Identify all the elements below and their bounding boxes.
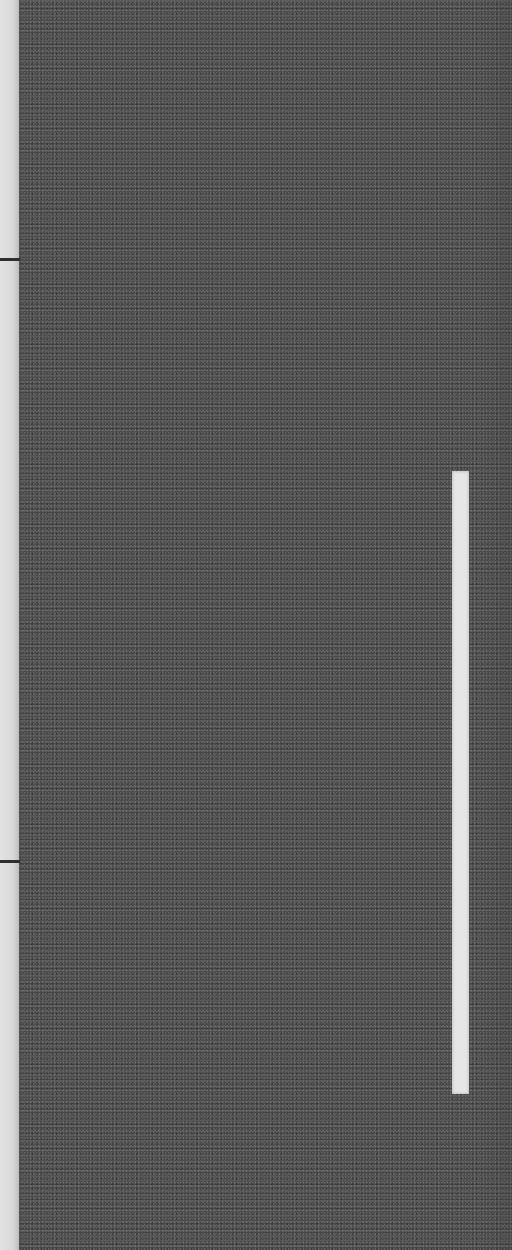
asphalt-surface xyxy=(0,0,512,1250)
curb-joint xyxy=(0,860,20,863)
road-scene xyxy=(0,0,512,1250)
concrete-curb xyxy=(0,0,19,1250)
road-edge-shading xyxy=(480,0,512,1250)
curb-joint xyxy=(0,258,20,261)
lane-marking xyxy=(452,471,469,1094)
